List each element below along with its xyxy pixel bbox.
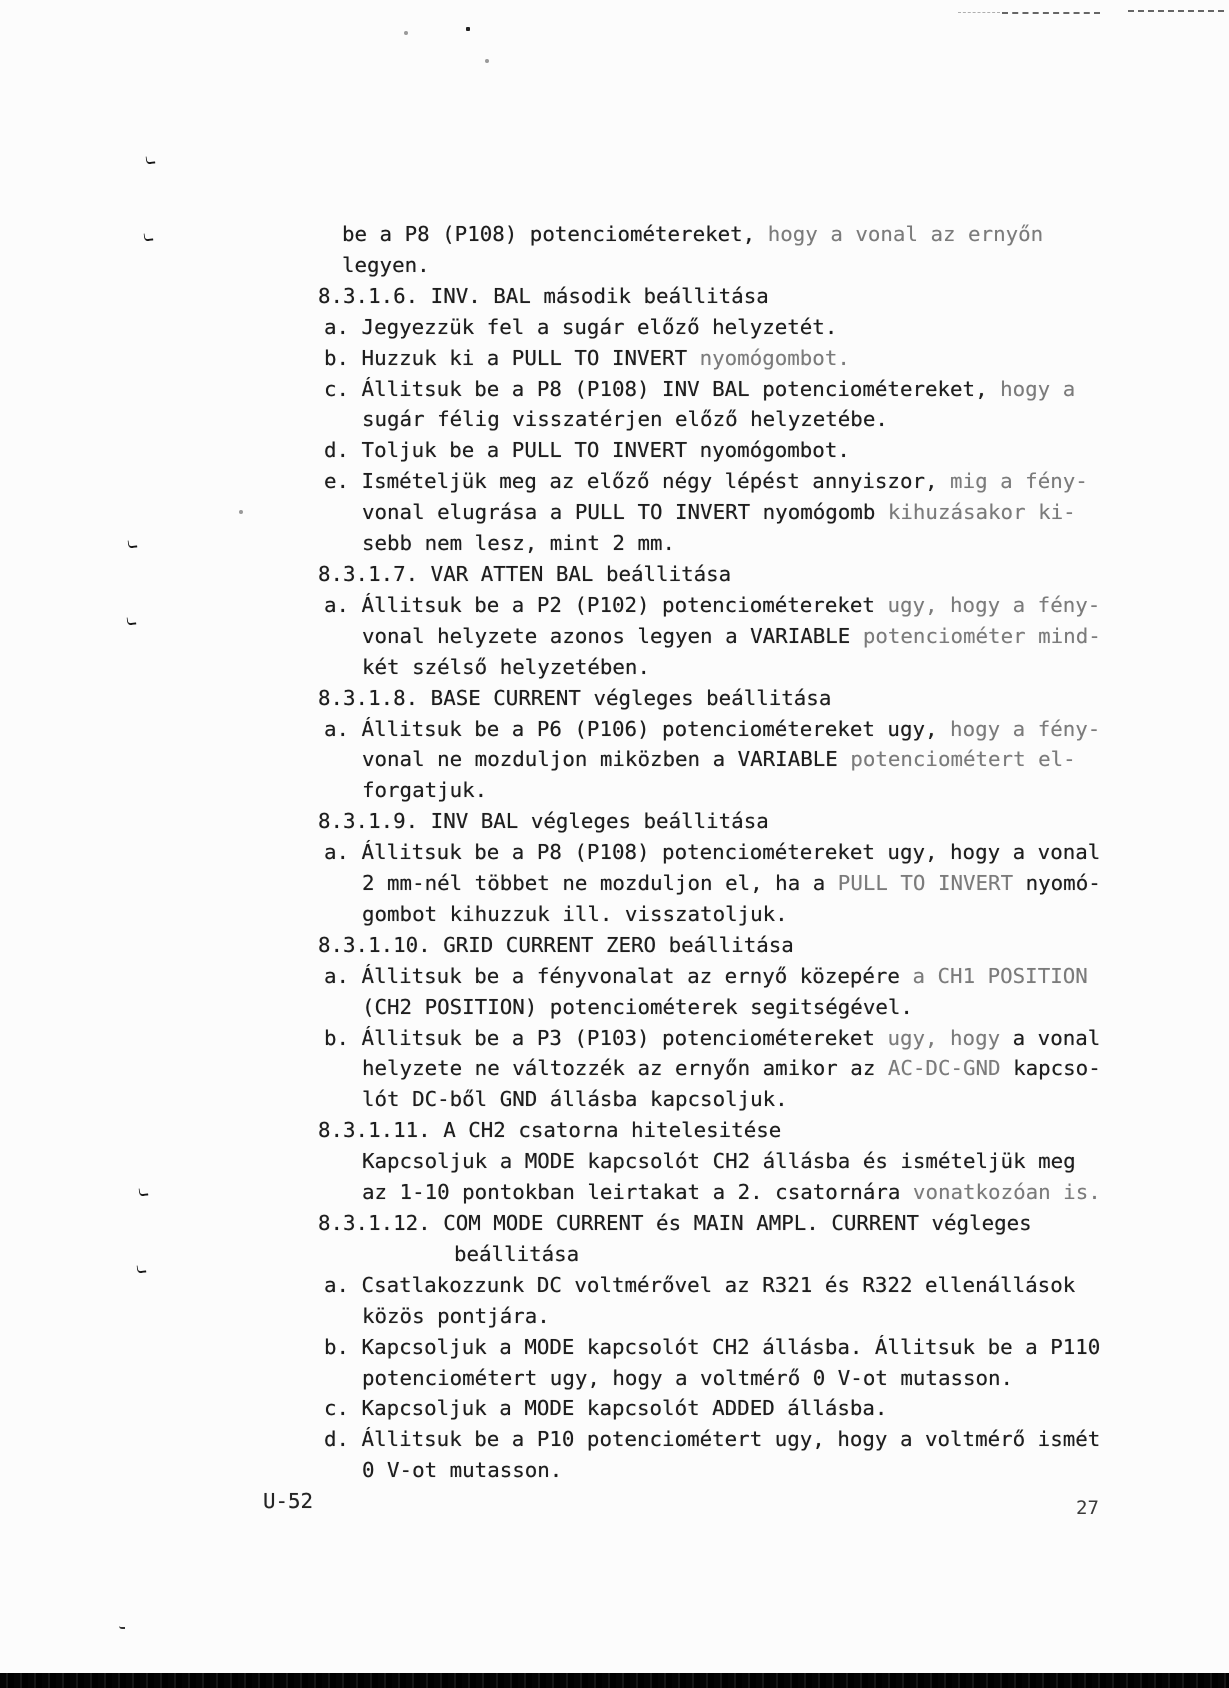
text-segment: 8.3.1.6. INV. BAL második beállitása — [318, 284, 769, 308]
text-line: gombot kihuzzuk ill. visszatoljuk. — [318, 899, 1138, 930]
document-page: be a P8 (P108) potenciométereket, hogy a… — [0, 0, 1229, 1688]
text-line: legyen. — [318, 250, 1138, 281]
text-segment: forgatjuk. — [362, 778, 487, 802]
text-line: 8.3.1.6. INV. BAL második beállitása — [318, 281, 1138, 312]
text-segment: a. Állitsuk be a P2 (P102) potenciométer… — [324, 593, 887, 617]
faded-text-segment: ugy, hogy — [887, 1026, 1000, 1050]
text-segment: nyomó- — [1013, 871, 1101, 895]
text-line: a. Csatlakozzunk DC voltmérővel az R321 … — [318, 1270, 1138, 1301]
faded-text-segment: vonatkozóan is. — [913, 1180, 1101, 1204]
text-segment: közös pontjára. — [362, 1304, 550, 1328]
text-segment: 8.3.1.10. GRID CURRENT ZERO beállitása — [318, 933, 794, 957]
text-line: vonal ne mozduljon miközben a VARIABLE p… — [318, 744, 1138, 775]
text-line: be a P8 (P108) potenciométereket, hogy a… — [318, 219, 1138, 250]
text-segment: kapcso- — [1001, 1056, 1101, 1080]
faded-text-segment: mig a fény- — [950, 469, 1088, 493]
text-line: b. Kapcsoljuk a MODE kapcsolót CH2 állás… — [318, 1332, 1138, 1363]
page-number: 27 — [1076, 1497, 1099, 1519]
text-segment: vonal ne mozduljon miközben a VARIABLE — [362, 747, 850, 771]
text-line: helyzete ne változzék az ernyőn amikor a… — [318, 1053, 1138, 1084]
text-line: potenciométert ugy, hogy a voltmérő 0 V-… — [318, 1363, 1138, 1394]
text-segment: 8.3.1.11. A CH2 csatorna hitelesitése — [318, 1118, 781, 1142]
text-line: 8.3.1.10. GRID CURRENT ZERO beállitása — [318, 930, 1138, 961]
text-segment: két szélső helyzetében. — [362, 655, 650, 679]
text-segment: gombot kihuzzuk ill. visszatoljuk. — [362, 902, 788, 926]
text-line: beállitása — [318, 1239, 1138, 1270]
faded-text-segment: ugy, hogy a fény- — [887, 593, 1100, 617]
text-line: c. Kapcsoljuk a MODE kapcsolót ADDED áll… — [318, 1393, 1138, 1424]
bottom-scan-bar — [0, 1673, 1229, 1688]
text-line: forgatjuk. — [318, 775, 1138, 806]
text-segment: helyzete ne változzék az ernyőn amikor a… — [362, 1056, 888, 1080]
text-line: lót DC-ből GND állásba kapcsoljuk. — [318, 1084, 1138, 1115]
text-segment: 2 mm-nél többet ne mozduljon el, ha a — [362, 871, 838, 895]
document-text: be a P8 (P108) potenciométereket, hogy a… — [318, 219, 1138, 1486]
text-segment: beállitása — [454, 1242, 579, 1266]
text-line: vonal helyzete azonos legyen a VARIABLE … — [318, 621, 1138, 652]
text-line: sugár félig visszatérjen előző helyzetéb… — [318, 404, 1138, 435]
faded-text-segment: hogy a — [1000, 377, 1075, 401]
text-line: a. Állitsuk be a P6 (P106) potenciométer… — [318, 714, 1138, 745]
text-segment: c. Kapcsoljuk a MODE kapcsolót ADDED áll… — [324, 1396, 887, 1420]
ink-speck — [139, 1187, 149, 1196]
faded-text-segment: PULL TO INVERT — [838, 871, 1013, 895]
text-line: b. Állitsuk be a P3 (P103) potenciométer… — [318, 1023, 1138, 1054]
text-segment: potenciométert ugy, hogy a voltmérő 0 V-… — [362, 1366, 1013, 1390]
scan-streak-artifact — [1002, 12, 1100, 14]
ink-speck — [239, 510, 243, 514]
text-line: 8.3.1.9. INV BAL végleges beállitása — [318, 806, 1138, 837]
text-line: d. Toljuk be a PULL TO INVERT nyomógombo… — [318, 435, 1138, 466]
text-segment: sebb nem lesz, mint 2 mm. — [362, 531, 675, 555]
text-line: közös pontjára. — [318, 1301, 1138, 1332]
text-line: 8.3.1.8. BASE CURRENT végleges beállitás… — [318, 683, 1138, 714]
text-segment: a. Állitsuk be a fényvonalat az ernyő kö… — [324, 964, 912, 988]
ink-speck — [466, 27, 470, 31]
text-line: 2 mm-nél többet ne mozduljon el, ha a PU… — [318, 868, 1138, 899]
text-line: a. Jegyezzük fel a sugár előző helyzetét… — [318, 312, 1138, 343]
text-line: 8.3.1.12. COM MODE CURRENT és MAIN AMPL.… — [318, 1208, 1138, 1239]
ink-speck — [146, 155, 156, 164]
document-number: U-52 — [263, 1489, 313, 1513]
faded-text-segment: nyomógombot. — [700, 346, 850, 370]
text-segment: az 1-10 pontokban leirtakat a 2. csatorn… — [362, 1180, 913, 1204]
text-segment: lót DC-ből GND állásba kapcsoljuk. — [362, 1087, 788, 1111]
text-segment: be a P8 (P108) potenciométereket, — [342, 222, 768, 246]
scan-streak-artifact — [1128, 10, 1224, 12]
text-segment: e. Ismételjük meg az előző négy lépést a… — [324, 469, 950, 493]
text-segment: a vonal — [1000, 1026, 1100, 1050]
text-line: b. Huzzuk ki a PULL TO INVERT nyomógombo… — [318, 343, 1138, 374]
text-line: 8.3.1.11. A CH2 csatorna hitelesitése — [318, 1115, 1138, 1146]
ink-speck — [485, 59, 489, 63]
scan-streak-artifact — [958, 12, 1000, 13]
text-segment: 8.3.1.7. VAR ATTEN BAL beállitása — [318, 562, 731, 586]
text-segment: (CH2 POSITION) potenciométerek segitségé… — [362, 995, 913, 1019]
text-segment: b. Huzzuk ki a PULL TO INVERT — [324, 346, 700, 370]
text-segment: b. Kapcsoljuk a MODE kapcsolót CH2 állás… — [324, 1335, 1100, 1359]
text-line: 0 V-ot mutasson. — [318, 1455, 1138, 1486]
ink-speck — [137, 1264, 147, 1273]
faded-text-segment: hogy a fény- — [950, 717, 1100, 741]
text-line: vonal elugrása a PULL TO INVERT nyomógom… — [318, 497, 1138, 528]
text-line: sebb nem lesz, mint 2 mm. — [318, 528, 1138, 559]
text-segment: sugár félig visszatérjen előző helyzetéb… — [362, 407, 888, 431]
text-segment: legyen. — [342, 253, 430, 277]
text-line: két szélső helyzetében. — [318, 652, 1138, 683]
text-line: 8.3.1.7. VAR ATTEN BAL beállitása — [318, 559, 1138, 590]
text-segment: 8.3.1.8. BASE CURRENT végleges beállitás… — [318, 686, 831, 710]
text-line: (CH2 POSITION) potenciométerek segitségé… — [318, 992, 1138, 1023]
faded-text-segment: a CH1 POSITION — [912, 964, 1087, 988]
text-line: a. Állitsuk be a P8 (P108) potenciométer… — [318, 837, 1138, 868]
faded-text-segment: kihuzásakor ki- — [888, 500, 1076, 524]
text-segment: 8.3.1.9. INV BAL végleges beállitása — [318, 809, 769, 833]
text-segment: a. Jegyezzük fel a sugár előző helyzetét… — [324, 315, 837, 339]
ink-speck — [128, 539, 138, 548]
text-segment: 0 V-ot mutasson. — [362, 1458, 562, 1482]
text-segment: 8.3.1.12. COM MODE CURRENT és MAIN AMPL.… — [318, 1211, 1032, 1235]
text-segment: b. Állitsuk be a P3 (P103) potenciométer… — [324, 1026, 887, 1050]
ink-speck — [119, 1623, 125, 1629]
ink-speck — [127, 616, 137, 625]
text-line: a. Állitsuk be a fényvonalat az ernyő kö… — [318, 961, 1138, 992]
faded-text-segment: potenciométert el- — [850, 747, 1075, 771]
faded-text-segment: hogy a vonal az ernyőn — [768, 222, 1043, 246]
text-line: d. Állitsuk be a P10 potenciométert ugy,… — [318, 1424, 1138, 1455]
text-segment: c. Állitsuk be a P8 (P108) INV BAL poten… — [324, 377, 1000, 401]
text-line: az 1-10 pontokban leirtakat a 2. csatorn… — [318, 1177, 1138, 1208]
text-line: e. Ismételjük meg az előző négy lépést a… — [318, 466, 1138, 497]
text-segment: vonal elugrása a PULL TO INVERT nyomógom… — [362, 500, 888, 524]
text-line: c. Állitsuk be a P8 (P108) INV BAL poten… — [318, 374, 1138, 405]
text-segment: a. Csatlakozzunk DC voltmérővel az R321 … — [324, 1273, 1075, 1297]
ink-speck — [144, 232, 154, 241]
text-line: Kapcsoljuk a MODE kapcsolót CH2 állásba … — [318, 1146, 1138, 1177]
text-segment: a. Állitsuk be a P6 (P106) potenciométer… — [324, 717, 950, 741]
text-line: a. Állitsuk be a P2 (P102) potenciométer… — [318, 590, 1138, 621]
faded-text-segment: potenciométer mind- — [863, 624, 1101, 648]
faded-text-segment: AC-DC-GND — [888, 1056, 1001, 1080]
ink-speck — [404, 31, 408, 35]
text-segment: d. Állitsuk be a P10 potenciométert ugy,… — [324, 1427, 1100, 1451]
text-segment: Kapcsoljuk a MODE kapcsolót CH2 állásba … — [362, 1149, 1076, 1173]
text-segment: a. Állitsuk be a P8 (P108) potenciométer… — [324, 840, 1100, 864]
text-segment: d. Toljuk be a PULL TO INVERT nyomógombo… — [324, 438, 850, 462]
text-segment: vonal helyzete azonos legyen a VARIABLE — [362, 624, 863, 648]
